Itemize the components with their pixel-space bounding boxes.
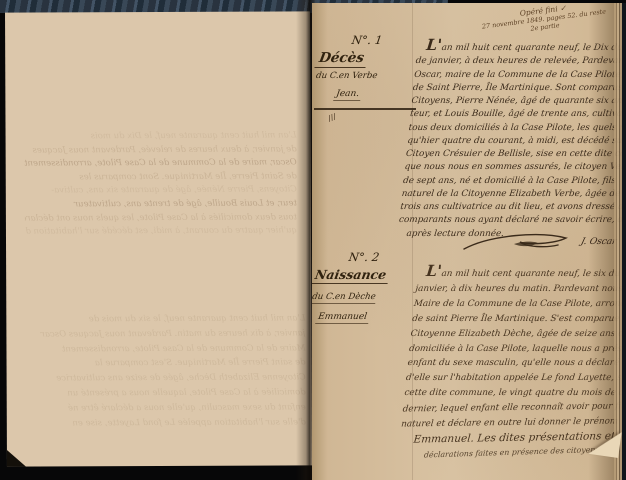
manuscript-line: de Saint Pierre, Île Martinique. Sont co… xyxy=(412,82,625,95)
ghost-line: d'elle sur l'habitation appelée Le fond … xyxy=(26,415,306,431)
manuscript-line: de saint Pierre Île Martinique. S'est co… xyxy=(411,312,625,327)
manuscript-line: trois ans cultivatrice au dit lieu, et a… xyxy=(400,201,613,214)
ghost-line: L'an mil huit cent quarante neuf, le six… xyxy=(25,311,305,327)
margin-rule xyxy=(314,108,416,110)
manuscript-line: tous deux domiciliés à la Case Pilote, l… xyxy=(408,122,621,135)
manuscript-line: janvier, à dix heures du matin. Pardevan… xyxy=(415,282,626,297)
signature-block: J. Oscar xyxy=(462,229,622,259)
manuscript-line: Maire de la Commune de la Case Pilote, a… xyxy=(413,297,626,312)
manuscript-line: que nous nous en sommes assurés, le cito… xyxy=(404,161,617,174)
scan-edge xyxy=(622,3,626,480)
ghost-line: teur, et Louis Bouille, âgé de trente an… xyxy=(25,197,297,212)
manuscript-line: de sept ans, né et domicilié à la Case P… xyxy=(402,175,615,188)
manuscript-line: Oscar, maire de la Commune de la Case Pi… xyxy=(414,69,626,82)
ghost-line: janvier, à dix heures du matin. Pardevan… xyxy=(25,326,305,342)
left-page: L'an mil huit cent quarante neuf, le Dix… xyxy=(5,11,312,466)
ghost-line: Oscar, maire de la Commune de la Case Pi… xyxy=(25,157,297,172)
manuscript-line: Citoyen Crésuier de Bellisle, sise en ce… xyxy=(405,148,618,161)
ghost-line: enfant du sexe masculin, qu'elle nous a … xyxy=(26,400,306,416)
act-type-label: Décès xyxy=(314,50,368,68)
act-number: N°. 1 xyxy=(315,33,419,47)
manuscript-line: L'an mil huit cent quarante neuf, le Dix… xyxy=(416,39,626,55)
bleed-through-text: L'an mil huit cent quarante neuf, le Dix… xyxy=(25,129,297,239)
manuscript-line: d'elle sur l'habitation appelée Le fond … xyxy=(405,371,619,386)
manuscript-line: cette dite commune, le vingt quatre du m… xyxy=(404,386,618,401)
manuscript-line: Citoyenne Elizabeth Dèche, âgée de seize… xyxy=(410,327,624,342)
manuscript-line: domiciliée à la Case Pilote, laquelle no… xyxy=(408,342,622,357)
manuscript-line: de janvier, à deux heures de relevée, Pa… xyxy=(415,55,626,68)
ghost-line: tous deux domiciliés à la Case Pilote, l… xyxy=(25,211,297,226)
right-page: Opéré fini ✓ 27 novembre 1849. pages 52.… xyxy=(312,3,626,480)
ghost-line: de janvier, à deux heures de relevée, Pa… xyxy=(25,143,297,158)
signature-name: J. Oscar xyxy=(579,237,617,247)
margin-tally-mark: /// xyxy=(327,112,338,123)
register-scan: L'an mil huit cent quarante neuf, le Dix… xyxy=(0,0,626,480)
manuscript-line: L'an mil huit cent quarante neuf, le six… xyxy=(416,264,626,282)
folded-corner xyxy=(588,428,621,458)
dog-ear-corner xyxy=(5,445,35,467)
act-1-body: L'an mil huit cent quarante neuf, le Dix… xyxy=(397,39,626,241)
act-subject: du C.en Verbe xyxy=(315,71,418,81)
act-subject-name: Jean. xyxy=(333,89,362,101)
ghost-line: Maire de la Commune de la Case Pilote, a… xyxy=(25,341,305,357)
act-subject: du C.en Dèche xyxy=(312,292,376,304)
ghost-line: domiciliée à la Case Pilote, laquelle no… xyxy=(26,385,306,401)
ghost-line: Citoyens, Pierre Nénée, âgé de quarante … xyxy=(25,184,297,199)
manuscript-line: Citoyens, Pierre Nénée, âgé de quarante … xyxy=(411,95,624,108)
signature-flourish-icon xyxy=(462,231,580,257)
manuscript-line: comparants nous ayant déclaré ne savoir … xyxy=(398,214,611,227)
manuscript-line: naturel de la Citoyenne Elizabeth Verbe,… xyxy=(401,188,614,201)
ghost-line: de Saint Pierre, Île Martinique. Sont co… xyxy=(25,170,297,185)
act-number: N°. 2 xyxy=(312,250,417,264)
ghost-line: de saint Pierre Île Martinique. S'est co… xyxy=(26,356,306,372)
act-type-label: Naissance xyxy=(312,267,391,284)
act-subject-name: Emmanuel xyxy=(315,312,369,324)
margin-annotation-act-2: N°. 2 Naissance du C.en Dèche Emmanuel xyxy=(312,250,416,324)
margin-annotation-act-1: N°. 1 Décès du C.en Verbe Jean. xyxy=(316,33,418,101)
manuscript-line: teur, et Louis Bouille, âgé de trente an… xyxy=(409,108,622,121)
archivist-note: Opéré fini ✓ 27 novembre 1849. pages 52.… xyxy=(473,3,615,39)
ghost-line: L'an mil huit cent quarante neuf, le Dix… xyxy=(25,129,297,144)
manuscript-line: qu'hier quatre du courant, à midi, est d… xyxy=(407,135,620,148)
bleed-through-text-lower: L'an mil huit cent quarante neuf, le six… xyxy=(25,311,306,431)
ghost-line: qu'hier quatre du courant, à midi, est d… xyxy=(25,225,297,240)
ghost-line: Citoyenne Elizabeth Dèche, âgée de seize… xyxy=(26,371,306,387)
manuscript-line: enfant du sexe masculin, qu'elle nous a … xyxy=(407,356,621,371)
